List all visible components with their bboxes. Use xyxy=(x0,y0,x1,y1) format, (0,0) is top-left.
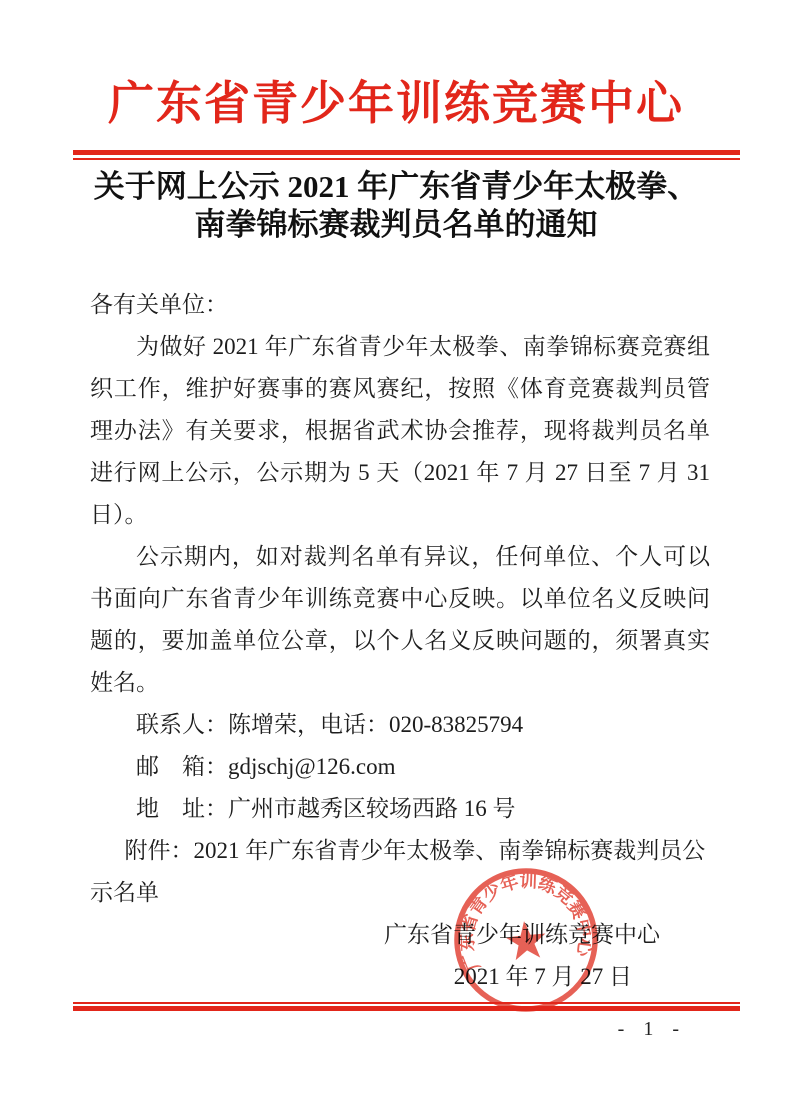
letterhead-org-name: 广东省青少年训练竞赛中心 xyxy=(0,74,792,134)
document-body: 各有关单位： 为做好 2021 年广东省青少年太极拳、南拳锦标赛竞赛组织工作，维… xyxy=(90,284,710,998)
attachment-note: 附件：2021 年广东省青少年太极拳、南拳锦标赛裁判员公 示名单 xyxy=(90,830,710,914)
attachment-note-line1: 附件：2021 年广东省青少年太极拳、南拳锦标赛裁判员公 xyxy=(90,830,710,872)
footer-divider-thick-line xyxy=(73,1006,740,1011)
body-paragraph-2: 公示期内，如对裁判名单有异议，任何单位、个人可以书面向广东省青少年训练竞赛中心反… xyxy=(90,536,710,704)
attachment-note-line2: 示名单 xyxy=(90,872,710,914)
body-paragraph-1: 为做好 2021 年广东省青少年太极拳、南拳锦标赛竞赛组织工作，维护好赛事的赛风… xyxy=(90,326,710,536)
letterhead-divider xyxy=(73,150,740,160)
salutation-line: 各有关单位： xyxy=(90,284,710,326)
document-page: 广东省青少年训练竞赛中心 关于网上公示 2021 年广东省青少年太极拳、 南拳锦… xyxy=(0,0,792,1107)
contact-person-line: 联系人：陈增荣，电话：020-83825794 xyxy=(90,704,710,746)
page-number: - 1 - xyxy=(618,1018,686,1041)
footer-divider xyxy=(73,1002,740,1011)
letterhead-divider-thin-line xyxy=(73,158,740,160)
document-title: 关于网上公示 2021 年广东省青少年太极拳、 南拳锦标赛裁判员名单的通知 xyxy=(0,168,792,244)
document-title-line1: 关于网上公示 2021 年广东省青少年太极拳、 xyxy=(0,168,792,206)
contact-email-line: 邮 箱：gdjschj@126.com xyxy=(90,746,710,788)
document-title-line2: 南拳锦标赛裁判员名单的通知 xyxy=(0,206,792,244)
signature-date: 2021 年 7 月 27 日 xyxy=(90,956,710,998)
contact-address-line: 地 址：广州市越秀区较场西路 16 号 xyxy=(90,788,710,830)
signature-org-name: 广东省青少年训练竞赛中心 xyxy=(90,914,710,956)
